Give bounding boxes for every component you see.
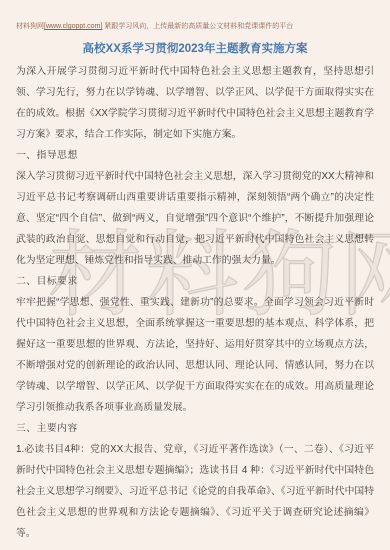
site-tagline: 紧跟学习风向，上传最新的高质量公文材料和党课课件的平台 xyxy=(102,23,293,30)
site-name: 材料狗网 xyxy=(16,23,44,30)
section-heading-1: 一、指导思想 xyxy=(16,145,374,166)
site-header: 材料狗网[www.clgoppt.com] 紧跟学习风向，上传最新的高质量公文材… xyxy=(16,0,374,32)
section-heading-2: 二、目标要求 xyxy=(16,271,374,292)
document-body: 为深入开展学习贯彻习近平新时代中国特色社会主义思想主题教育，坚持思想引领、学习先… xyxy=(16,61,374,544)
body-paragraph-main-content: 1.必读书目4种：党的XX大报告、党章，《习近平著作选读》（一、二卷）、《习近平… xyxy=(16,439,374,544)
section-heading-3: 三、主要内容 xyxy=(16,418,374,439)
site-url-link[interactable]: [www.clgoppt.com] xyxy=(44,23,102,30)
body-paragraph-guiding-ideology: 深入学习贯彻习近平新时代中国特色社会主义思想，深入学习贯彻党的XX大精神和习近平… xyxy=(16,166,374,271)
document-title: 高校XX系学习贯彻2023年主题教育实施方案 xyxy=(16,41,374,57)
document-content: 材料狗网[www.clgoppt.com] 紧跟学习风向，上传最新的高质量公文材… xyxy=(0,0,390,544)
body-paragraph-goal-requirements: 牢牢把握“学思想、强党性、重实践、建新功”的总要求。全面学习领会习近平新时代中国… xyxy=(16,292,374,418)
body-paragraph-intro: 为深入开展学习贯彻习近平新时代中国特色社会主义思想主题教育，坚持思想引领、学习先… xyxy=(16,61,374,145)
document-page: 材料狗网 材料狗网[www.clgoppt.com] 紧跟学习风向，上传最新的高… xyxy=(0,0,390,550)
